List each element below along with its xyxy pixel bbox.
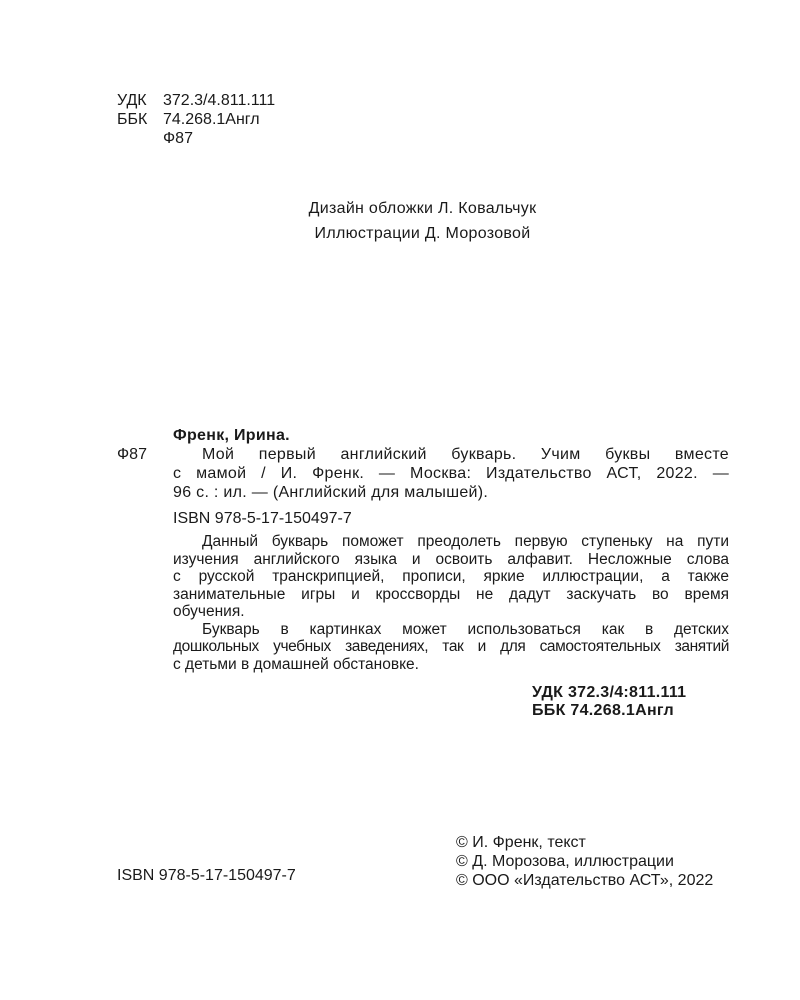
annotation-p1-line-4: занимательные игры и кроссворды не дадут…: [173, 586, 729, 604]
illustrations-credit: Иллюстрации Д. Морозовой: [0, 224, 800, 243]
cover-design-credit: Дизайн обложки Л. Ковальчук: [0, 199, 800, 218]
description-line-3: 96 с. : ил. — (Английский для малышей).: [173, 483, 729, 502]
copyright-illustrations: © Д. Морозова, иллюстрации: [456, 852, 713, 871]
record-isbn: ISBN 978-5-17-150497-7: [173, 509, 352, 528]
classification-header: УДК 372.3/4.811.111 ББК 74.268.1Англ Ф87: [117, 91, 275, 148]
annotation-p2-line-3: с детьми в домашней обстановке.: [173, 656, 729, 674]
annotation-p1-line-5: обучения.: [173, 603, 729, 621]
author-heading: Френк, Ирина.: [173, 426, 290, 445]
annotation-p2-line-2: дошкольных учебных заведениях, так и для…: [173, 638, 729, 656]
copyright-text: © И. Френк, текст: [456, 833, 713, 852]
isbn-footer: ISBN 978-5-17-150497-7: [117, 866, 296, 885]
annotation-p1-line-3: с русской транскрипцией, прописи, яркие …: [173, 568, 729, 586]
annotation-p2-line-1: Букварь в картинках может использоваться…: [173, 621, 729, 639]
bbk-value: 74.268.1Англ: [163, 110, 260, 129]
author-mark: Ф87: [163, 129, 193, 148]
udk-label: УДК: [117, 91, 163, 110]
annotation-p1-line-1: Данный букварь поможет преодолеть первую…: [173, 533, 729, 551]
udk-value: 372.3/4.811.111: [163, 91, 275, 110]
bbk-row: ББК 74.268.1Англ: [117, 110, 275, 129]
description-line-2: с мамой / И. Френк. — Москва: Издательст…: [173, 464, 729, 483]
copyright-publisher: © ООО «Издательство АСТ», 2022: [456, 871, 713, 890]
author-mark-left: Ф87: [117, 445, 147, 464]
copyright-block: © И. Френк, текст © Д. Морозова, иллюстр…: [456, 833, 713, 890]
bbk-footer: ББК 74.268.1Англ: [532, 701, 674, 720]
udk-row: УДК 372.3/4.811.111: [117, 91, 275, 110]
bibliographic-description: Мой первый английский букварь. Учим букв…: [173, 445, 729, 502]
author-mark-row: Ф87: [117, 129, 275, 148]
annotation-p1-line-2: изучения английского языка и освоить алф…: [173, 551, 729, 569]
description-line-1: Мой первый английский букварь. Учим букв…: [173, 445, 729, 464]
bbk-label: ББК: [117, 110, 163, 129]
udk-footer: УДК 372.3/4:811.111: [532, 683, 686, 702]
annotation: Данный букварь поможет преодолеть первую…: [173, 533, 729, 673]
